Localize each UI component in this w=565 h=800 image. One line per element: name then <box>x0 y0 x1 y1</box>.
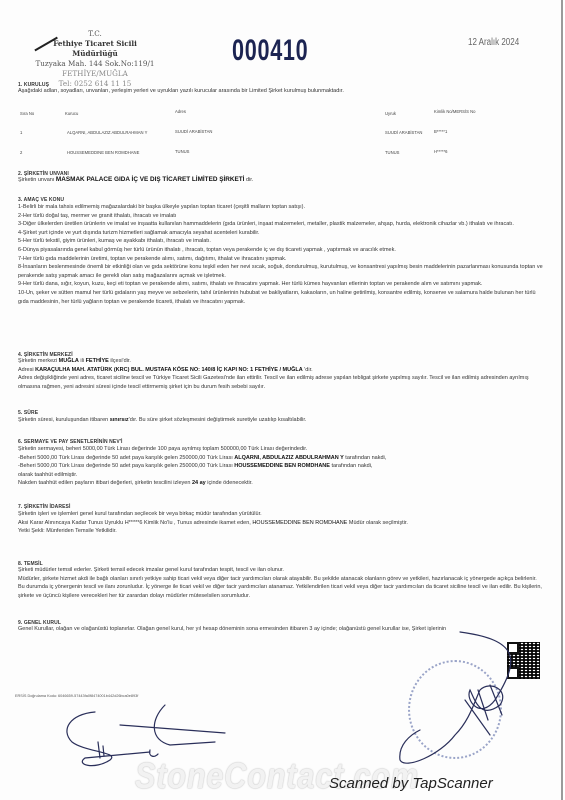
document-page: T.C. Fethiye Ticaret Sicili Müdürlüğü Tu… <box>0 0 563 800</box>
signature-right <box>400 632 511 763</box>
scanner-label: Scanned by TapScanner <box>329 775 493 792</box>
signatures <box>0 0 565 800</box>
